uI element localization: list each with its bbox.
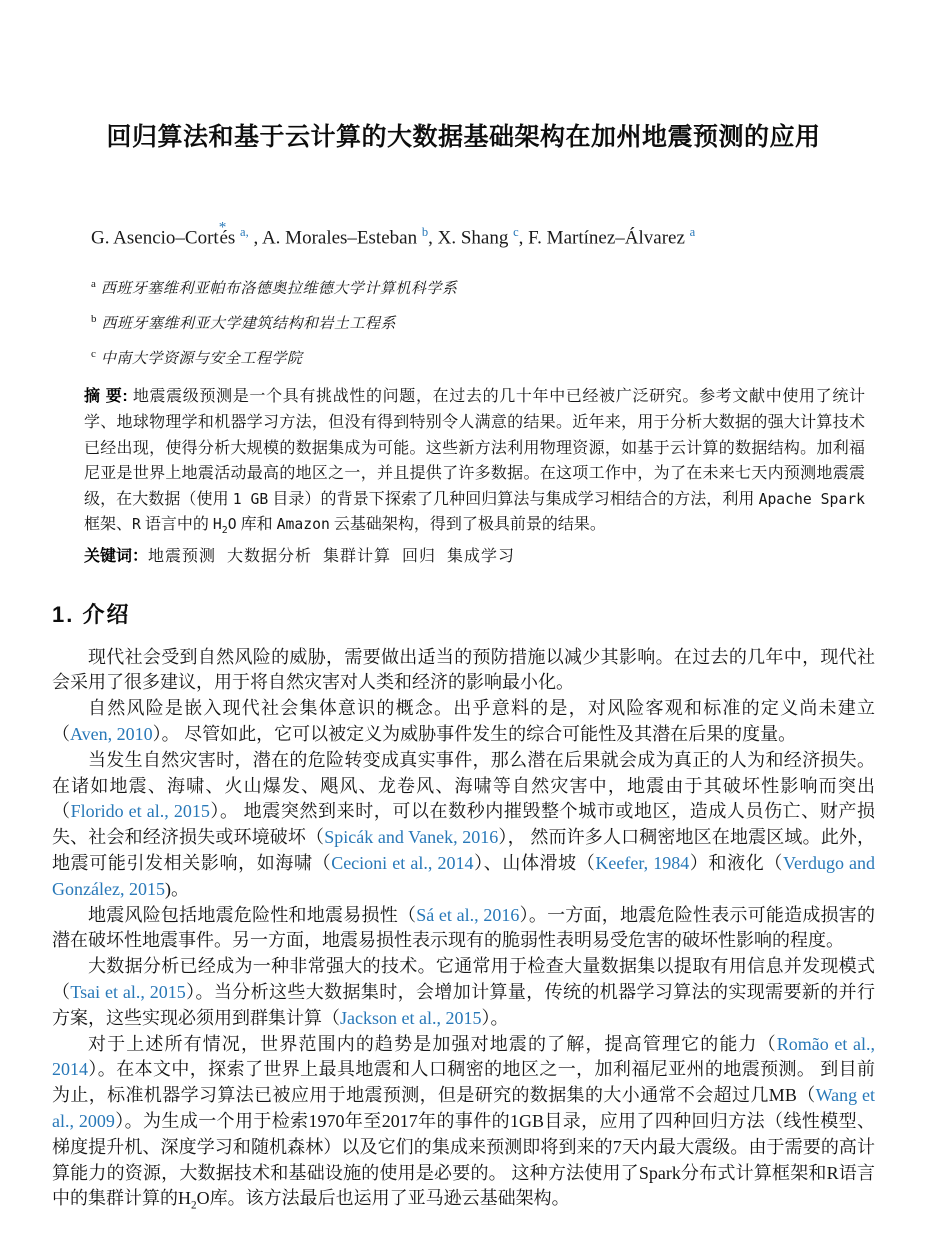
citation-link[interactable]: Sá et al., 2016 bbox=[416, 905, 519, 925]
keywords-label: 关键词： bbox=[84, 548, 148, 565]
paper-title: 回归算法和基于云计算的大数据基础架构在加州地震预测的应用 bbox=[52, 0, 875, 153]
author-affiliation-superscript: a bbox=[690, 225, 696, 239]
body-paragraph: 当发生自然灾害时，潜在的危险转变成真实事件，那么潜在后果就会成为真正的人为和经济… bbox=[52, 748, 875, 903]
text-segment: 云基础架构，得到了极具前景的结果。 bbox=[330, 516, 606, 533]
keywords-text: 地震预测 大数据分析 集群计算 回归 集成学习 bbox=[148, 548, 515, 565]
latin-text: H bbox=[213, 516, 222, 533]
affiliation-superscript: b bbox=[91, 313, 97, 325]
text-segment: 库和 bbox=[237, 516, 277, 533]
affiliation-row: a西班牙塞维利亚帕布洛德奥拉维德大学计算机科学系 bbox=[91, 269, 875, 304]
text-segment: 现代社会受到自然风险的威胁，需要做出适当的预防措施以减少其影响。在过去的几年中，… bbox=[52, 647, 875, 693]
text-segment: 目录）的背景下探索了几种回归算法与集成学习相结合的方法，利用 bbox=[268, 491, 758, 508]
affiliation-row: c中南大学资源与安全工程学院 bbox=[91, 339, 875, 374]
latin-text: 1 GB bbox=[233, 491, 269, 508]
abstract: 摘 要: 地震震级预测是一个具有挑战性的问题，在过去的几十年中已经被广泛研究。参… bbox=[84, 384, 865, 544]
paper-page: 回归算法和基于云计算的大数据基础架构在加州地震预测的应用 G. Asencio–… bbox=[0, 0, 926, 1235]
text-segment: 对于上述所有情况，世界范围内的趋势是加强对地震的了解，提高管理它的能力（ bbox=[88, 1034, 777, 1054]
author-line: G. Asencio–Cort*és a, , A. Morales–Esteb… bbox=[52, 225, 875, 249]
citation-link[interactable]: Spicák and Vanek, 2016 bbox=[324, 827, 498, 847]
text-segment: ）和液化（ bbox=[689, 853, 783, 873]
affiliation-text: 西班牙塞维利亚大学建筑结构和岩土工程系 bbox=[102, 316, 397, 332]
text-segment: ）。 bbox=[481, 1008, 508, 1028]
text-segment: ）、山体滑坡（ bbox=[474, 853, 596, 873]
abstract-text: 地震震级预测是一个具有挑战性的问题，在过去的几十年中已经被广泛研究。参考文献中使… bbox=[84, 388, 865, 533]
text-segment: , X. Shang bbox=[428, 227, 513, 248]
text-segment: 地震风险包括地震危险性和地震易损性（ bbox=[88, 905, 416, 925]
latin-text: O bbox=[228, 516, 237, 533]
text-segment: )。 bbox=[165, 879, 189, 899]
body-text: 现代社会受到自然风险的威胁，需要做出适当的预防措施以减少其影响。在过去的几年中，… bbox=[52, 645, 875, 1220]
body-paragraph: 自然风险是嵌入现代社会集体意识的概念。出乎意料的是，对风险客观和标准的定义尚未建… bbox=[52, 696, 875, 748]
citation-link[interactable]: Aven, 2010 bbox=[70, 724, 153, 744]
body-paragraph: 对于上述所有情况，世界范围内的趋势是加强对地震的了解，提高管理它的能力（Romã… bbox=[52, 1032, 875, 1220]
text-segment: 语言中的 bbox=[141, 516, 213, 533]
keywords: 关键词：地震预测 大数据分析 集群计算 回归 集成学习 bbox=[84, 544, 875, 570]
latin-text: Apache Spark bbox=[759, 491, 865, 508]
latin-text: Amazon bbox=[277, 516, 330, 533]
citation-link[interactable]: Jackson et al., 2015 bbox=[340, 1008, 481, 1028]
section-heading-introduction: 1. 介绍 bbox=[52, 598, 875, 629]
affiliation-superscript: a bbox=[91, 278, 96, 290]
text-segment: O库。该方法最后也运用了亚马逊云基础架构。 bbox=[197, 1188, 570, 1208]
affiliations-block: a西班牙塞维利亚帕布洛德奥拉维德大学计算机科学系 b西班牙塞维利亚大学建筑结构和… bbox=[52, 269, 875, 374]
citation-link[interactable]: Florido et al., 2015 bbox=[71, 801, 210, 821]
body-paragraph: 现代社会受到自然风险的威胁，需要做出适当的预防措施以减少其影响。在过去的几年中，… bbox=[52, 645, 875, 697]
text-segment: 框架、 bbox=[84, 516, 132, 533]
text-segment: G. Asencio–Cort bbox=[91, 227, 219, 248]
citation-link[interactable]: Cecioni et al., 2014 bbox=[331, 853, 473, 873]
corresponding-author-asterisk: * bbox=[219, 219, 220, 237]
citation-link[interactable]: Keefer, 1984 bbox=[595, 853, 689, 873]
affiliation-text: 西班牙塞维利亚帕布洛德奥拉维德大学计算机科学系 bbox=[101, 281, 458, 297]
abstract-label: 摘 要: bbox=[84, 388, 133, 405]
author-affiliation-superscript: a, bbox=[240, 225, 249, 239]
citation-link[interactable]: Tsai et al., 2015 bbox=[70, 982, 185, 1002]
latin-text: R bbox=[132, 516, 141, 533]
affiliation-superscript: c bbox=[91, 348, 96, 360]
text-segment: ）。 尽管如此，它可以被定义为威胁事件发生的综合可能性及其潜在后果的度量。 bbox=[153, 724, 797, 744]
text-segment: ）。在本文中，探索了世界上最具地震和人口稠密的地区之一，加利福尼亚州的地震预测。… bbox=[52, 1059, 875, 1105]
text-segment: , F. Martínez–Álvarez bbox=[519, 227, 690, 248]
body-paragraph: 地震风险包括地震危险性和地震易损性（Sá et al., 2016）。一方面，地… bbox=[52, 903, 875, 955]
affiliation-text: 中南大学资源与安全工程学院 bbox=[101, 351, 303, 367]
body-paragraph: 大数据分析已经成为一种非常强大的技术。它通常用于检查大量数据集以提取有用信息并发… bbox=[52, 954, 875, 1031]
text-segment: , A. Morales–Esteban bbox=[249, 227, 422, 248]
affiliation-row: b西班牙塞维利亚大学建筑结构和岩土工程系 bbox=[91, 304, 875, 339]
